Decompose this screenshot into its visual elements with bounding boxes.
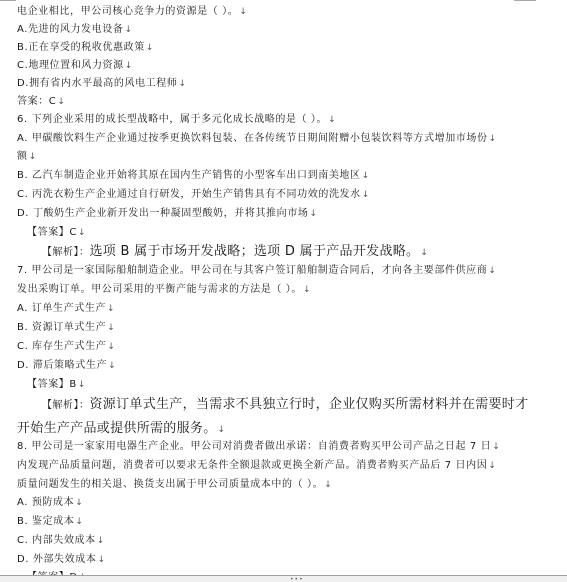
document-page: 电企业相比，甲公司核心竞争力的资源是（ ）。↓A.先进的风力发电设备↓B.正在享… bbox=[0, 0, 567, 575]
paragraph-mark-icon: ↓ bbox=[328, 115, 336, 125]
line-text: 电企业相比，甲公司核心竞争力的资源是（ ）。 bbox=[17, 6, 238, 17]
paragraph-mark-icon: ↓ bbox=[420, 248, 428, 258]
document-line: C. 丙洗衣粉生产企业通过自行研发，开始生产销售具有不同功效的洗发水↓ bbox=[17, 189, 370, 201]
paragraph-mark-icon: ↓ bbox=[303, 285, 311, 295]
line-text: C. 丙洗衣粉生产企业通过自行研发，开始生产销售具有不同功效的洗发水 bbox=[17, 189, 361, 200]
paragraph-mark-icon: ↓ bbox=[97, 555, 105, 565]
line-text: 额 bbox=[17, 151, 28, 162]
analysis-text: 资源订单式生产，当需求不具独立行时，企业仅购买所需材料并在需要时才 bbox=[90, 397, 529, 412]
paragraph-mark-icon: ↓ bbox=[78, 380, 86, 390]
document-line: 答案：C↓ bbox=[17, 96, 66, 108]
line-text: 【答案】B bbox=[27, 379, 77, 390]
paragraph-mark-icon: ↓ bbox=[324, 480, 332, 490]
line-text: A. 甲碳酸饮料生产企业通过按季更换饮料包装、在各传统节日期间附赠小包装饮料等方… bbox=[17, 133, 488, 144]
paragraph-mark-icon: ↓ bbox=[362, 171, 370, 181]
document-line: 额↓ bbox=[17, 151, 37, 163]
document-line: 7. 甲公司是一家国际船舶制造企业。甲公司在与其客户签订船舶制造合同后，才向各主… bbox=[17, 265, 496, 277]
paragraph-mark-icon: ↓ bbox=[75, 498, 83, 508]
document-line: B. 资源订单式生产↓ bbox=[17, 322, 115, 334]
paragraph-mark-icon: ↓ bbox=[489, 134, 497, 144]
paragraph-mark-icon: ↓ bbox=[146, 43, 154, 53]
line-text: B. 鉴定成本 bbox=[17, 516, 74, 527]
line-text: 开始生产产品或提供所需的服务。 bbox=[17, 421, 217, 436]
document-line: D. 丁酸奶生产企业新开发出一种凝固型酸奶，并将其推向市场↓ bbox=[17, 208, 318, 220]
line-text: 内发现产品质量问题，消费者可以要求无条件全额退款或更换全新产品。消费者购买产品后… bbox=[17, 460, 487, 471]
paragraph-mark-icon: ↓ bbox=[125, 61, 133, 71]
line-text: C.地理位置和风力资源 bbox=[17, 60, 124, 71]
paragraph-mark-icon: ↓ bbox=[75, 517, 83, 527]
document-line: D. 滞后策略式生产↓ bbox=[17, 360, 116, 372]
document-line: A.先进的风力发电设备↓ bbox=[17, 24, 133, 36]
line-text: 6. 下列企业采用的成长型战略中，属于多元化成长战略的是（ ）。 bbox=[17, 114, 327, 125]
line-text: 答案：C bbox=[17, 96, 56, 107]
line-text: D. 外部失效成本 bbox=[17, 554, 96, 565]
paragraph-mark-icon: ↓ bbox=[107, 342, 115, 352]
document-line: C.地理位置和风力资源↓ bbox=[17, 60, 133, 72]
line-text: C. 内部失效成本 bbox=[17, 535, 96, 546]
line-text: 7. 甲公司是一家国际船舶制造企业。甲公司在与其客户签订船舶制造合同后，才向各主… bbox=[17, 265, 487, 276]
bottom-splitter-bar[interactable]: ••• bbox=[0, 575, 567, 582]
document-line: 发出采购订单。甲公司采用的平衡产能与需求的方法是（ ）。↓ bbox=[17, 284, 311, 296]
analysis-q7: 【解析】：资源订单式生产，当需求不具独立行时，企业仅购买所需材料并在需要时才 bbox=[42, 397, 528, 414]
document-line: 【答案】B↓ bbox=[27, 379, 86, 391]
analysis-label: 【解析】 bbox=[42, 247, 79, 258]
document-line: 8. 甲公司是一家家用电器生产企业。甲公司对消费者做出承诺：自消费者购买甲公司产… bbox=[17, 441, 500, 453]
document-line: C. 库存生产式生产↓ bbox=[17, 341, 116, 353]
paragraph-mark-icon: ↓ bbox=[488, 266, 496, 276]
line-text: C. 库存生产式生产 bbox=[17, 341, 106, 352]
line-text: A. 订单生产式生产 bbox=[17, 303, 106, 314]
paragraph-mark-icon: ↓ bbox=[108, 361, 116, 371]
line-text: B. 乙汽车制造企业开始将其原在国内生产销售的小型客车出口到南美地区 bbox=[17, 170, 361, 181]
document-line: B. 乙汽车制造企业开始将其原在国内生产销售的小型客车出口到南美地区↓ bbox=[17, 170, 370, 182]
paragraph-mark-icon: ↓ bbox=[107, 323, 115, 333]
line-text: A. 预防成本 bbox=[17, 497, 74, 508]
paragraph-mark-icon: ↓ bbox=[218, 425, 226, 435]
paragraph-mark-icon: ↓ bbox=[362, 190, 370, 200]
paragraph-mark-icon: ↓ bbox=[97, 536, 105, 546]
document-line: B. 鉴定成本↓ bbox=[17, 516, 84, 528]
document-line: D.拥有省内水平最高的风电工程师↓ bbox=[17, 78, 187, 90]
paragraph-mark-icon: ↓ bbox=[492, 442, 500, 452]
line-text: B. 资源订单式生产 bbox=[17, 322, 106, 333]
line-text: D.拥有省内水平最高的风电工程师 bbox=[17, 78, 177, 89]
document-line: 【答案】C↓ bbox=[27, 227, 86, 239]
paragraph-mark-icon: ↓ bbox=[309, 209, 317, 219]
document-line: 6. 下列企业采用的成长型战略中，属于多元化成长战略的是（ ）。↓ bbox=[17, 114, 336, 126]
paragraph-mark-icon: ↓ bbox=[29, 152, 37, 162]
line-text: B.正在享受的税收优惠政策 bbox=[17, 42, 145, 53]
paragraph-mark-icon: ↓ bbox=[57, 97, 65, 107]
paragraph-mark-icon: ↓ bbox=[488, 461, 496, 471]
document-line: C. 内部失效成本↓ bbox=[17, 535, 105, 547]
paragraph-mark-icon: ↓ bbox=[178, 79, 186, 89]
document-line: A. 甲碳酸饮料生产企业通过按季更换饮料包装、在各传统节日期间附赠小包装饮料等方… bbox=[17, 133, 497, 145]
line-text: D. 滞后策略式生产 bbox=[17, 360, 107, 371]
document-line: A. 预防成本↓ bbox=[17, 497, 83, 509]
resize-grip-icon[interactable]: ••• bbox=[290, 577, 304, 582]
document-line: 质量问题发生的相关退、换货支出属于甲公司质量成本中的（ ）。↓ bbox=[17, 479, 332, 491]
paragraph-mark-icon: ↓ bbox=[239, 7, 247, 17]
line-text: 8. 甲公司是一家家用电器生产企业。甲公司对消费者做出承诺：自消费者购买甲公司产… bbox=[17, 441, 491, 452]
document-line: D. 外部失效成本↓ bbox=[17, 554, 106, 566]
margin-corner-mark bbox=[514, 0, 536, 1]
document-line: 开始生产产品或提供所需的服务。↓ bbox=[17, 421, 225, 438]
paragraph-mark-icon: ↓ bbox=[78, 228, 86, 238]
document-line: B.正在享受的税收优惠政策↓ bbox=[17, 42, 154, 54]
line-text: D. 丁酸奶生产企业新开发出一种凝固型酸奶，并将其推向市场 bbox=[17, 208, 308, 219]
line-text: 质量问题发生的相关退、换货支出属于甲公司质量成本中的（ ）。 bbox=[17, 479, 323, 490]
analysis-text: 选项 B 属于市场开发战略；选项 D 属于产品开发战略。 bbox=[90, 244, 420, 259]
paragraph-mark-icon: ↓ bbox=[124, 25, 132, 35]
analysis-label: 【解析】 bbox=[42, 400, 79, 411]
line-text: 【答案】C bbox=[27, 227, 77, 238]
paragraph-mark-icon: ↓ bbox=[107, 304, 115, 314]
line-text: 发出采购订单。甲公司采用的平衡产能与需求的方法是（ ）。 bbox=[17, 284, 302, 295]
margin-corner-mark bbox=[0, 0, 16, 1]
document-line: A. 订单生产式生产↓ bbox=[17, 303, 115, 315]
document-line: 内发现产品质量问题，消费者可以要求无条件全额退款或更换全新产品。消费者购买产品后… bbox=[17, 460, 496, 472]
document-line: 电企业相比，甲公司核心竞争力的资源是（ ）。↓ bbox=[17, 6, 248, 18]
line-text: A.先进的风力发电设备 bbox=[17, 24, 123, 35]
analysis-q6: 【解析】：选项 B 属于市场开发战略；选项 D 属于产品开发战略。↓ bbox=[42, 244, 428, 261]
